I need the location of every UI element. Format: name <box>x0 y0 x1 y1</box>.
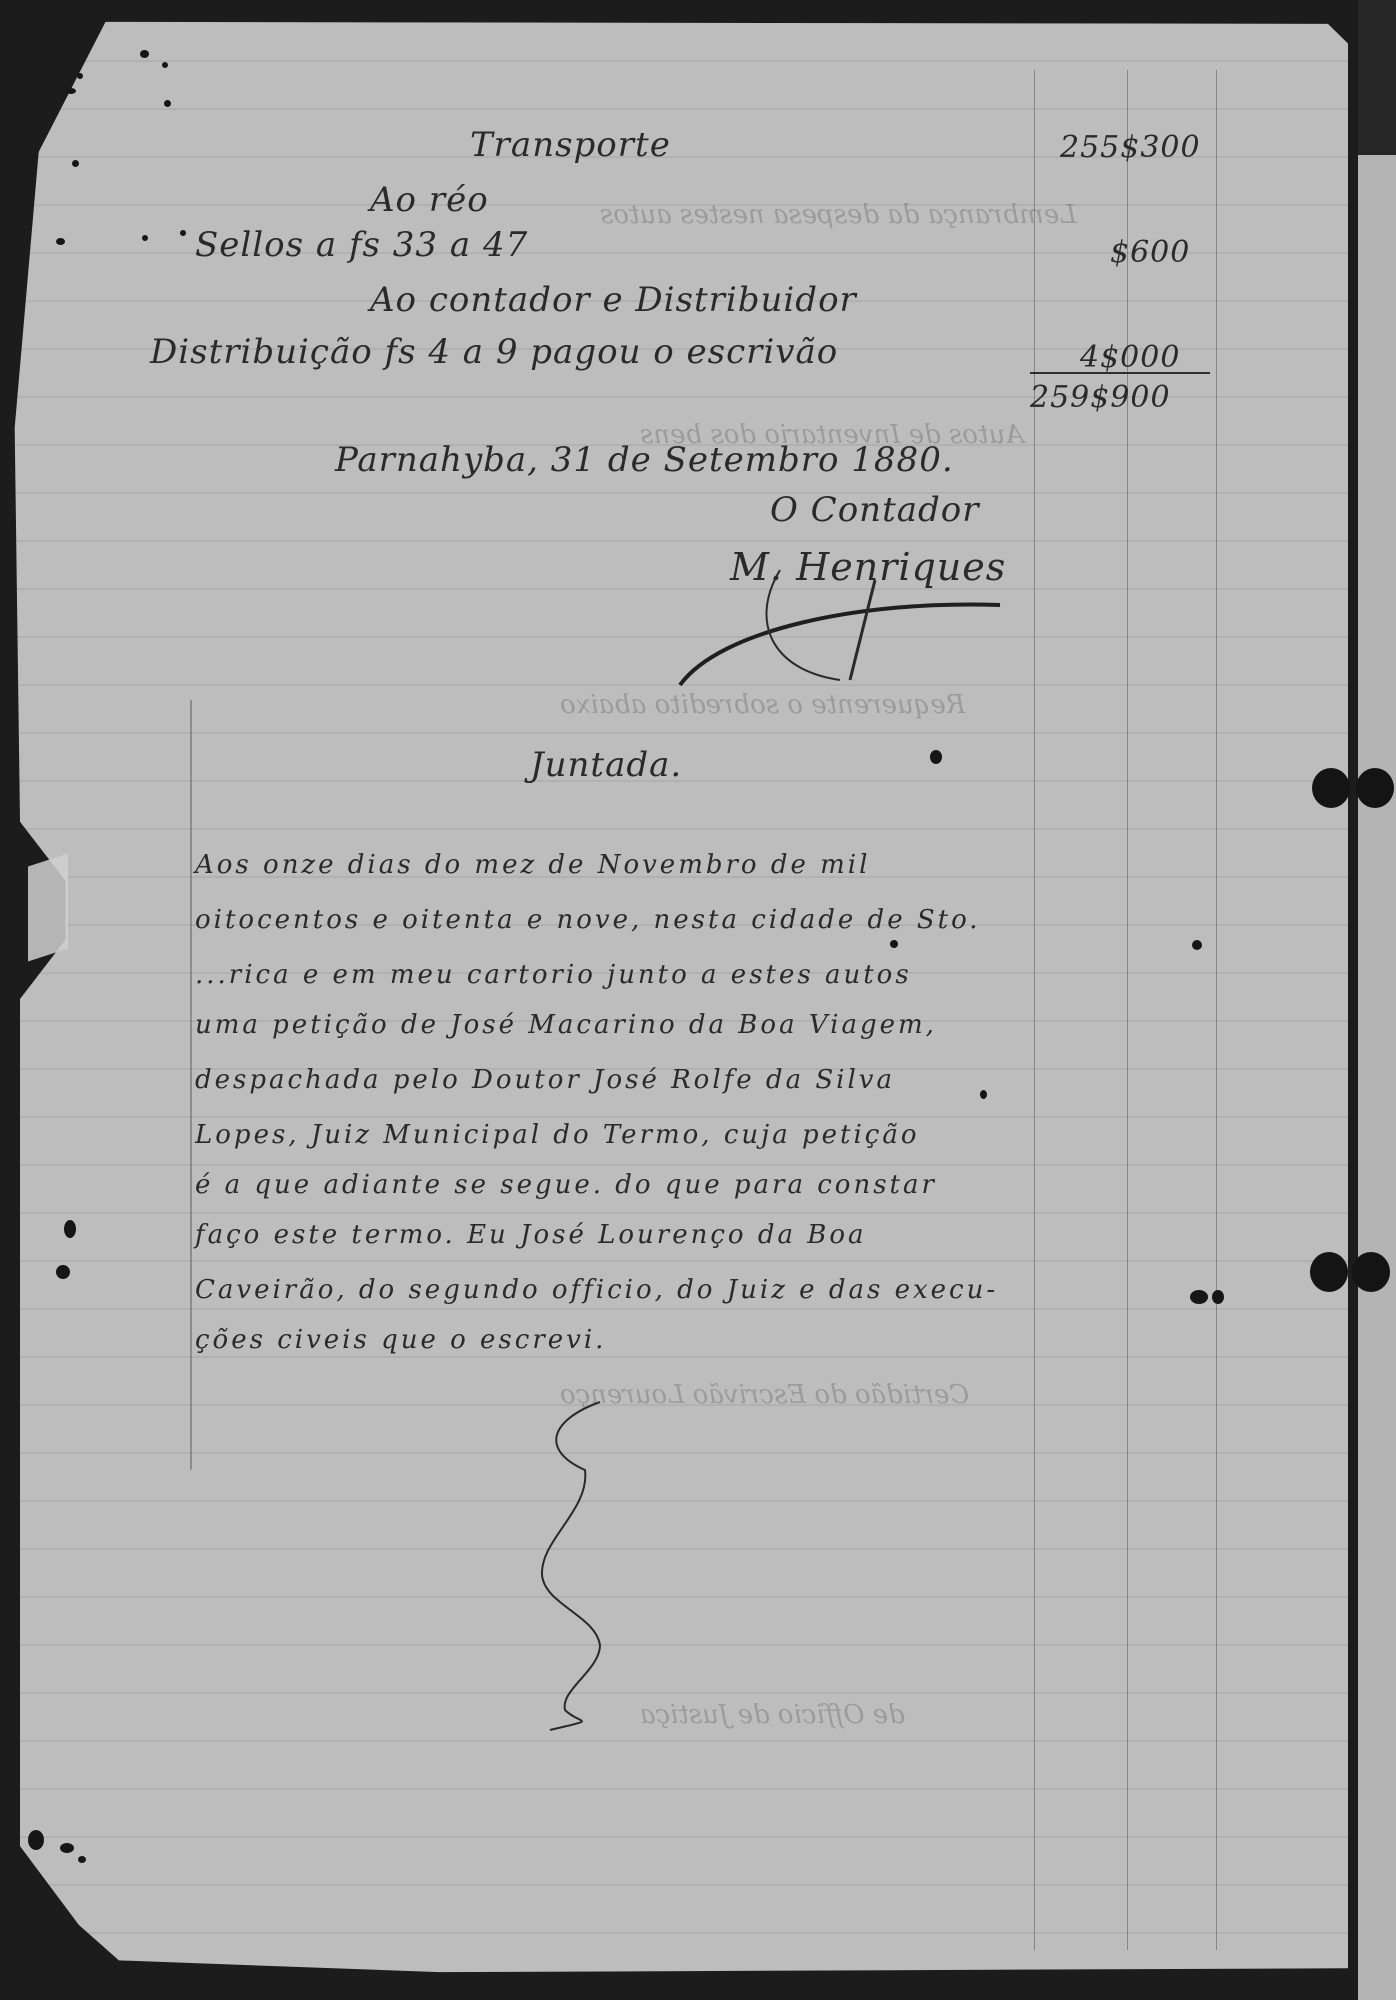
ink-spot <box>1212 1290 1224 1304</box>
ledger-row-amount: $600 <box>1110 235 1190 270</box>
juntada-heading: Juntada. <box>530 745 682 785</box>
ledger-total: 259$900 <box>1030 380 1171 415</box>
ledger-row-text: Distribuição fs 4 a 9 pagou o escrivão <box>150 332 838 372</box>
ink-spot <box>890 940 898 948</box>
blank-fill-flourish <box>530 1400 620 1730</box>
ink-spot <box>180 230 186 236</box>
juntada-line: faço este termo. Eu José Lourenço da Boa <box>195 1220 867 1250</box>
juntada-line: é a que adiante se segue. do que para co… <box>195 1170 937 1200</box>
juntada-line: Aos onze dias do mez de Novembro de mil <box>195 850 870 880</box>
ledger-row-text: Ao contador e Distribuidor <box>370 280 857 320</box>
binding-punch-hole <box>1356 768 1394 808</box>
juntada-line: Lopes, Juiz Municipal do Termo, cuja pet… <box>195 1120 919 1150</box>
ink-spot <box>56 238 65 245</box>
ink-spot <box>140 50 149 58</box>
binding-punch-hole <box>1312 768 1350 808</box>
place-date: Parnahyba, 31 de Setembro 1880. <box>335 440 954 480</box>
ledger-column-rule <box>1216 70 1217 1950</box>
ledger-row-amount: 4$000 <box>1080 340 1180 375</box>
margin-bracket-line <box>190 700 192 1470</box>
ledger-header-amount: 255$300 <box>1060 130 1201 165</box>
juntada-line: uma petição de José Macarino da Boa Viag… <box>195 1010 937 1040</box>
bleed-through-text: Certidão do Escrivão Lourenço <box>560 1380 969 1410</box>
signatory-title: O Contador <box>770 490 979 530</box>
bleed-through-text: de Officio de Justiça <box>640 1700 905 1730</box>
ink-spot <box>60 1843 74 1853</box>
ledger-column-rule <box>1034 70 1035 1950</box>
ink-spot <box>56 1265 70 1279</box>
juntada-line: ...rica e em meu cartorio junto a estes … <box>195 960 912 990</box>
binding-punch-hole <box>1352 1252 1390 1292</box>
ink-spot <box>72 160 79 167</box>
ink-spot <box>930 750 942 764</box>
ink-spot <box>64 1220 76 1238</box>
bleed-through-text: Lembrança da despesa nestes autos <box>600 200 1076 230</box>
ink-spot <box>77 73 83 79</box>
juntada-line: Caveirão, do segundo officio, do Juiz e … <box>195 1275 998 1305</box>
ink-spot <box>78 1856 86 1863</box>
ink-spot <box>1192 940 1202 950</box>
ink-spot <box>980 1090 987 1099</box>
signature-flourish <box>660 560 1020 700</box>
ink-spot <box>142 235 148 241</box>
ink-spot <box>164 100 171 107</box>
ledger-header: Transporte <box>470 125 671 165</box>
ink-spot <box>66 88 76 94</box>
juntada-line: despachada pelo Doutor José Rolfe da Sil… <box>195 1065 895 1095</box>
juntada-line: ções civeis que o escrevi. <box>195 1325 606 1355</box>
ink-spot <box>28 1830 44 1850</box>
adjacent-page-edge <box>1358 155 1396 2000</box>
binding-punch-hole <box>1310 1252 1348 1292</box>
ledger-row-text: Sellos a fs 33 a 47 <box>195 225 528 265</box>
ink-spot <box>1190 1290 1208 1304</box>
juntada-line: oitocentos e oitenta e nove, nesta cidad… <box>195 905 981 935</box>
total-rule <box>1030 372 1210 374</box>
torn-paper-fold <box>28 854 68 962</box>
ledger-row-text: Ao réo <box>370 180 489 220</box>
ink-spot <box>162 62 168 68</box>
